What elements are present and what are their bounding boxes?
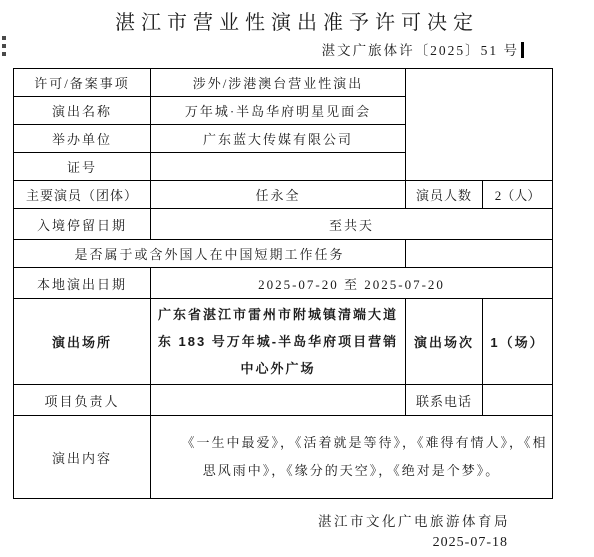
document-footer: 湛江市文化广电旅游体育局 2025-07-18 bbox=[318, 510, 510, 551]
table-row: 本地演出日期 2025-07-20 至 2025-07-20 bbox=[14, 268, 553, 299]
field-value-foreign-work-question bbox=[406, 240, 553, 268]
field-label-foreign-work-question: 是否属于或含外国人在中国短期工作任务 bbox=[14, 240, 406, 268]
field-label-contact-phone: 联系电话 bbox=[406, 385, 483, 416]
field-value-performance-content: 《一生中最爱》，《活着就是等待》，《难得有情人》，《相思风雨中》，《缘分的天空》… bbox=[151, 416, 553, 499]
empty-merged-cell bbox=[406, 69, 553, 181]
field-label-local-performance-dates: 本地演出日期 bbox=[14, 268, 151, 299]
permit-document-page: 湛江市营业性演出准予许可决定 湛文广旅体许〔2025〕51 号 许可/备案事项 … bbox=[0, 0, 594, 557]
field-value-project-manager bbox=[151, 385, 406, 416]
field-value-contact-phone bbox=[483, 385, 553, 416]
field-value-organizer: 广东蓝大传媒有限公司 bbox=[151, 125, 406, 153]
field-label-venue: 演出场所 bbox=[14, 299, 151, 385]
field-label-main-performers: 主要演员（团体） bbox=[14, 181, 151, 209]
table-row: 是否属于或含外国人在中国短期工作任务 bbox=[14, 240, 553, 268]
field-value-performance-name: 万年城·半岛华府明星见面会 bbox=[151, 97, 406, 125]
field-value-local-performance-dates: 2025-07-20 至 2025-07-20 bbox=[151, 268, 553, 299]
text-cursor bbox=[521, 42, 524, 58]
field-label-project-manager: 项目负责人 bbox=[14, 385, 151, 416]
field-label-performance-content: 演出内容 bbox=[14, 416, 151, 499]
field-value-main-performers: 任永全 bbox=[151, 181, 406, 209]
table-row: 许可/备案事项 涉外/涉港澳台营业性演出 bbox=[14, 69, 553, 97]
issue-date: 2025-07-18 bbox=[318, 535, 508, 551]
permit-table: 许可/备案事项 涉外/涉港澳台营业性演出 演出名称 万年城·半岛华府明星见面会 … bbox=[13, 68, 553, 499]
field-label-entry-stay-dates: 入境停留日期 bbox=[14, 209, 151, 240]
table-row: 入境停留日期 至共天 bbox=[14, 209, 553, 240]
field-label-performance-name: 演出名称 bbox=[14, 97, 151, 125]
table-row: 项目负责人 联系电话 bbox=[14, 385, 553, 416]
doc-number-text: 湛文广旅体许〔2025〕51 号 bbox=[322, 43, 519, 58]
field-label-organizer: 举办单位 bbox=[14, 125, 151, 153]
field-label-permit-item: 许可/备案事项 bbox=[14, 69, 151, 97]
table-row: 主要演员（团体） 任永全 演员人数 2（人） bbox=[14, 181, 553, 209]
field-value-permit-item: 涉外/涉港澳台营业性演出 bbox=[151, 69, 406, 97]
margin-dots-icon bbox=[2, 36, 7, 60]
doc-number-field[interactable]: 湛文广旅体许〔2025〕51 号 bbox=[322, 39, 524, 59]
field-value-venue: 广东省湛江市雷州市附城镇清端大道东 183 号万年城-半岛华府项目营销中心外广场 bbox=[151, 299, 406, 385]
table-row: 演出场所 广东省湛江市雷州市附城镇清端大道东 183 号万年城-半岛华府项目营销… bbox=[14, 299, 553, 385]
field-label-cert-number: 证号 bbox=[14, 153, 151, 181]
field-value-entry-stay-dates: 至共天 bbox=[151, 209, 553, 240]
field-value-cert-number bbox=[151, 153, 406, 181]
field-label-performer-count: 演员人数 bbox=[406, 181, 483, 209]
field-label-session-count: 演出场次 bbox=[406, 299, 483, 385]
field-value-performer-count: 2（人） bbox=[483, 181, 553, 209]
field-value-session-count: 1（场） bbox=[483, 299, 553, 385]
issuing-agency: 湛江市文化广电旅游体育局 bbox=[318, 510, 510, 530]
table-row: 演出内容 《一生中最爱》，《活着就是等待》，《难得有情人》，《相思风雨中》，《缘… bbox=[14, 416, 553, 499]
page-title: 湛江市营业性演出准予许可决定 bbox=[0, 6, 594, 35]
